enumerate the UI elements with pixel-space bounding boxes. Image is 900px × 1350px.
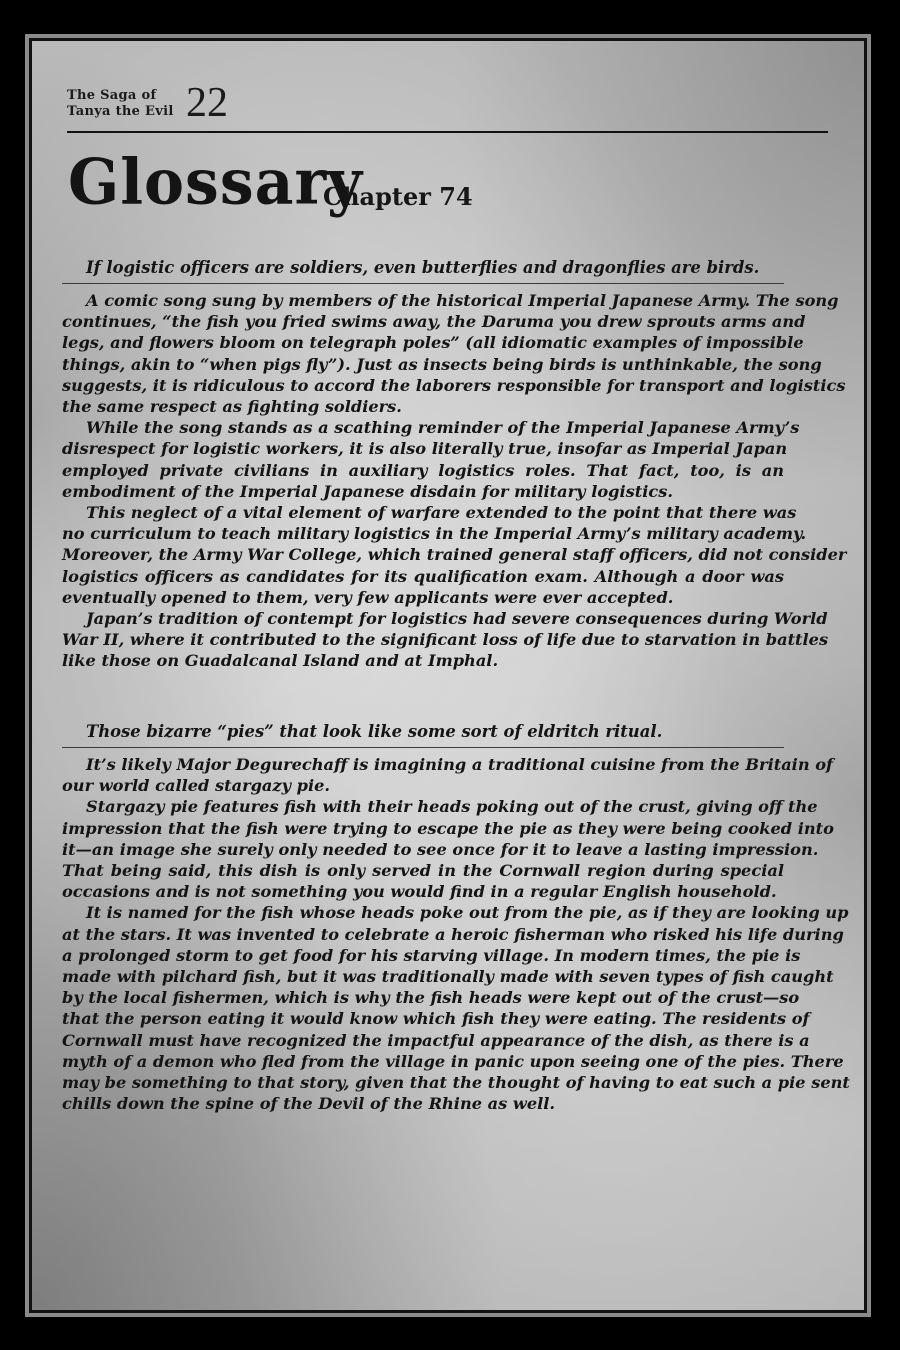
series-title-line2: Tanya the Evil (67, 104, 187, 120)
glossary-entry: Those bizarre “pies” that look like some… (62, 721, 784, 1114)
paragraph-line: Moreover, the Army War College, which tr… (62, 544, 784, 565)
entry-paragraph: It is named for the fish whose heads pok… (62, 902, 784, 1114)
paragraph-line: a prolonged storm to get food for his st… (62, 945, 784, 966)
paragraph-line: It’s likely Major Degurechaff is imagini… (62, 754, 784, 775)
entry-paragraph: While the song stands as a scathing remi… (62, 417, 784, 502)
paragraph-line: eventually opened to them, very few appl… (62, 587, 784, 608)
paragraph-line: things, akin to “when pigs fly”). Just a… (62, 354, 784, 375)
paragraph-line: chills down the spine of the Devil of th… (62, 1093, 784, 1114)
entry-paragraph: Stargazy pie features fish with their he… (62, 796, 784, 902)
paragraph-line: suggests, it is ridiculous to accord the… (62, 375, 784, 396)
paragraph-line: Japan’s tradition of contempt for logist… (62, 608, 784, 629)
paragraph-line: may be something to that story, given th… (62, 1072, 784, 1093)
entry-title: If logistic officers are soldiers, even … (62, 257, 784, 279)
page-title: Glossary (68, 146, 363, 220)
entry-divider (62, 283, 784, 284)
paragraph-line: While the song stands as a scathing remi… (62, 417, 784, 438)
paragraph-line: That being said, this dish is only serve… (62, 860, 784, 881)
paragraph-line: our world called stargazy pie. (62, 775, 784, 796)
paragraph-line: This neglect of a vital element of warfa… (62, 502, 784, 523)
series-title: The Saga of Tanya the Evil (67, 88, 187, 120)
header-divider (67, 131, 828, 133)
paragraph-line: logistics officers as candidates for its… (62, 566, 784, 587)
paragraph-line: occasions and is not something you would… (62, 881, 784, 902)
paragraph-line: at the stars. It was invented to celebra… (62, 924, 784, 945)
series-title-line1: The Saga of (67, 88, 187, 104)
volume-number: 22 (186, 82, 228, 124)
paragraph-line: legs, and flowers bloom on telegraph pol… (62, 332, 784, 353)
paragraph-line: embodiment of the Imperial Japanese disd… (62, 481, 784, 502)
paragraph-line: War II, where it contributed to the sign… (62, 629, 784, 650)
paragraph-line: no curriculum to teach military logistic… (62, 523, 784, 544)
glossary-entry: If logistic officers are soldiers, even … (62, 257, 784, 672)
paragraph-line: myth of a demon who fled from the villag… (62, 1051, 784, 1072)
paragraph-line: made with pilchard fish, but it was trad… (62, 966, 784, 987)
paragraph-line: like those on Guadalcanal Island and at … (62, 650, 784, 671)
entry-paragraph: It’s likely Major Degurechaff is imagini… (62, 754, 784, 796)
entry-paragraph: A comic song sung by members of the hist… (62, 290, 784, 417)
paragraph-line: impression that the fish were trying to … (62, 818, 784, 839)
entry-divider (62, 747, 784, 748)
paragraph-line: by the local fishermen, which is why the… (62, 987, 784, 1008)
paragraph-line: It is named for the fish whose heads pok… (62, 902, 784, 923)
paragraph-line: it—an image she surely only needed to se… (62, 839, 784, 860)
paragraph-line: that the person eating it would know whi… (62, 1008, 784, 1029)
entry-paragraph: Japan’s tradition of contempt for logist… (62, 608, 784, 672)
entry-paragraph: This neglect of a vital element of warfa… (62, 502, 784, 608)
paragraph-line: A comic song sung by members of the hist… (62, 290, 784, 311)
paragraph-line: Stargazy pie features fish with their he… (62, 796, 784, 817)
page-paper (32, 41, 864, 1310)
chapter-label: Chapter 74 (323, 182, 473, 212)
paragraph-line: continues, “the fish you fried swims awa… (62, 311, 784, 332)
entry-title: Those bizarre “pies” that look like some… (62, 721, 784, 743)
paragraph-line: employed private civilians in auxiliary … (62, 460, 784, 481)
paragraph-line: disrespect for logistic workers, it is a… (62, 438, 784, 459)
paragraph-line: Cornwall must have recognized the impact… (62, 1030, 784, 1051)
paragraph-line: the same respect as fighting soldiers. (62, 396, 784, 417)
